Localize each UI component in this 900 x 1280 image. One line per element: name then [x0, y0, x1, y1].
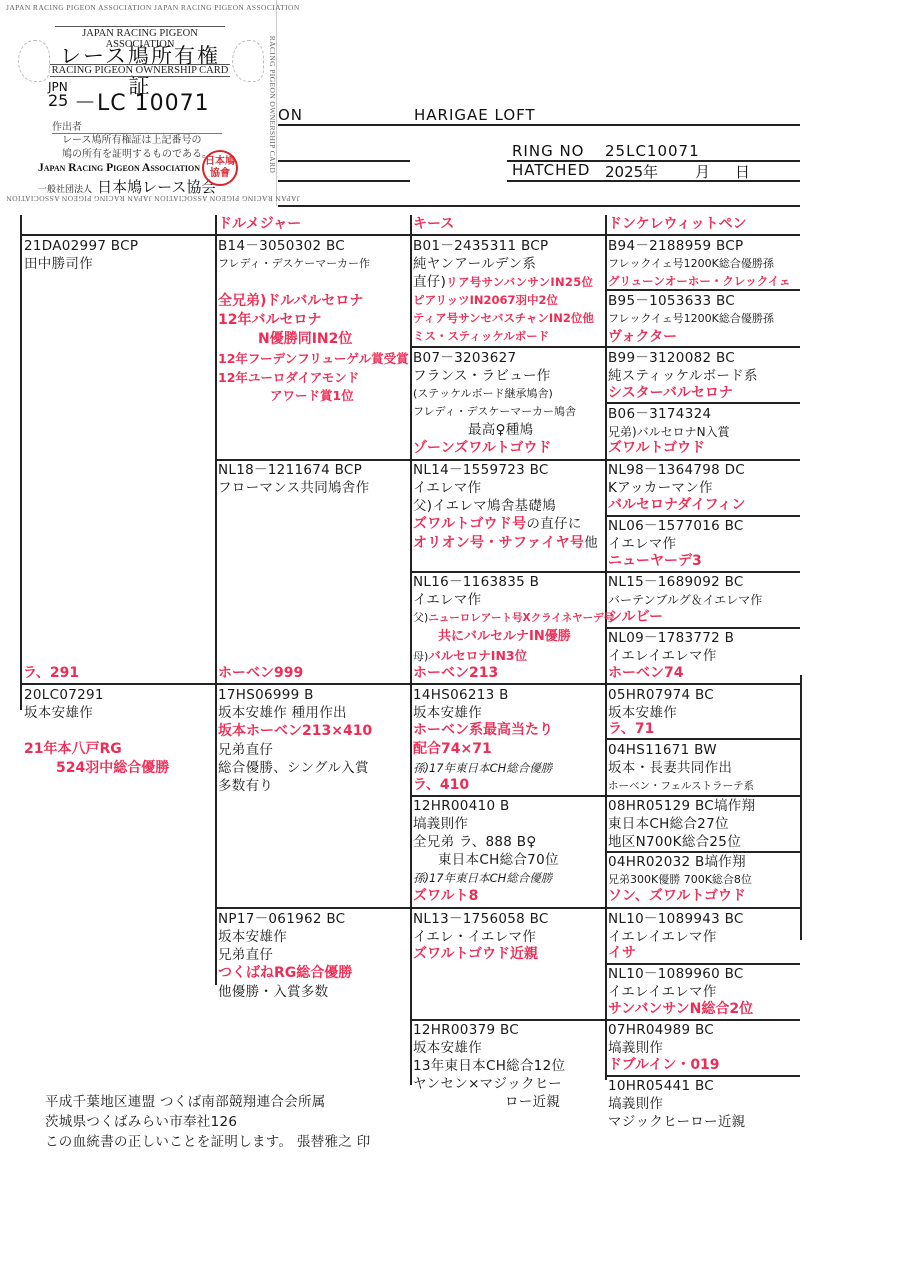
ownership-card: JAPAN RACING PIGEON ASSOCIATION JAPAN RA…: [0, 0, 277, 206]
ddds-ring: 07HR04989 BC: [608, 1021, 714, 1039]
dam-dam-red: つくばねRG総合優勝: [218, 964, 352, 983]
dds-ring: NL13－1756058 BC: [413, 910, 549, 928]
md-note-1-prefix: 父): [413, 611, 428, 624]
col-line-1: [20, 215, 22, 710]
mds-ring: NL15－1689092 BC: [608, 573, 744, 591]
dsdd-ring: 04HR02032 B塙作翔: [608, 853, 746, 871]
dss-red-1: ホーベン系最高当たり: [413, 721, 553, 740]
hatched-year: 2025年: [605, 161, 658, 182]
dam-sire-line3: 多数有り: [218, 777, 273, 795]
mdd-breeder: イエレイエレマ作: [608, 647, 717, 665]
ddsd-breeder: イエレイエレマ作: [608, 983, 717, 1001]
dddd-line: マジックヒーロー近親: [608, 1113, 745, 1131]
card-border-right: RACING PIGEON OWNERSHIP CARD: [268, 36, 277, 173]
seal-stamp-icon: 日本鳩協會: [202, 150, 238, 186]
dam-sire-breeder: 坂本安雄作 種用作出: [218, 704, 347, 722]
md-note-2: 共にバルセルナIN優勝: [438, 627, 571, 646]
sire-dam-line2: (ステッケルボード継承鳩舎): [413, 385, 553, 403]
dam-sire-ring: 17HS06999 B: [218, 686, 314, 704]
ms-breeder: イエレマ作: [413, 479, 481, 497]
md-note-1-red: ニューロレアート号Xクライネヤーデ号: [428, 612, 614, 624]
header-partial-label: ON: [278, 106, 303, 124]
sire-sire-note-2: ティア号サンセバスチャンIN2位他: [413, 309, 594, 328]
ms-note-2-red: オリオン号・サファイヤ号: [413, 535, 584, 551]
sire-sire-note-3: ミス・スティッケルボード: [413, 327, 549, 346]
dam-red-1: 21年本八戸RG: [24, 740, 122, 759]
ring-no-label: RING NO: [512, 142, 585, 160]
md-note-1: 父)ニューロレアート号Xクライネヤーデ号: [413, 609, 614, 628]
msd-red: ニューヤーデ3: [608, 552, 702, 571]
dam-dam-breeder: 坂本安雄作: [218, 928, 287, 946]
mds-red: シルビー: [608, 608, 663, 627]
ddds-breeder: 塙義則作: [608, 1039, 663, 1057]
ssd-red: ヴォクター: [608, 328, 677, 347]
card-ring-number: －LC 10071: [74, 86, 210, 117]
sire-dam-line1: フランス・ラビュー作: [413, 367, 551, 385]
top-left-breeder: 田中勝司作: [24, 255, 93, 273]
msd-breeder: イエレマ作: [608, 535, 676, 553]
card-note-line1: レース鳩所有権証は上記番号の: [62, 134, 212, 148]
sire-dam-name: ゾーンズワルトゴウド: [413, 439, 551, 458]
sire-sire-name: キース: [413, 215, 454, 234]
ddss-red: イサ: [608, 944, 636, 963]
sire-breeder: フレディ・デスケーマーカー作: [218, 255, 370, 273]
card-border-top: JAPAN RACING PIGEON ASSOCIATION JAPAN RA…: [6, 3, 300, 12]
md-name: ホーベン213: [413, 664, 498, 683]
ddds-red: ドブルイン・019: [608, 1056, 720, 1075]
header-rule-3a: [278, 180, 410, 182]
ssd-line: フレックイェ号1200K総合優勝孫: [608, 310, 774, 328]
sire-note-3: N優勝同IN2位: [258, 330, 352, 349]
dam-dam-line: 兄弟直仔: [218, 946, 273, 964]
sds-line: 純スティッケルボード系: [608, 367, 758, 385]
dssd-ring: 04HS11671 BW: [608, 741, 717, 759]
sds-red: シスターバルセロナ: [608, 384, 733, 403]
sss-name: ドンケレウィットペン: [608, 215, 747, 234]
col-line-2: [215, 215, 217, 985]
md-note-3: 母)バルセロナIN3位: [413, 646, 527, 666]
ms-note-1: ズワルトゴウド号の直仔に: [413, 515, 582, 534]
ssd-ring: B95－1053633 BC: [608, 292, 735, 310]
ms-note-1-red: ズワルトゴウド号: [413, 516, 526, 532]
dam-red-2: 524羽中総合優勝: [56, 759, 169, 778]
sire-note-5: 12年ユーロダイアモンド: [218, 368, 359, 387]
sss-red: グリューンオーホー・クレックイェ: [608, 272, 790, 291]
ddsd-ring: NL10－1089960 BC: [608, 965, 744, 983]
sire-sire-line1: 純ヤンアールデン系: [413, 255, 536, 273]
ddd-line3: ロー近親: [505, 1093, 560, 1111]
sds-ring: B99－3120082 BC: [608, 349, 735, 367]
card-year: 25: [48, 93, 68, 109]
header-rule-3b: [507, 180, 800, 182]
sire-note-2: 12年バルセロナ: [218, 311, 321, 330]
dds-red: ズワルトゴウド近親: [413, 945, 538, 964]
col-line-5: [800, 675, 802, 940]
hatched-month: 月: [695, 161, 710, 182]
footer-address: 茨城県つくばみらい市奉社126: [45, 1113, 237, 1131]
row-line-sd: [410, 346, 800, 348]
mdd-ring: NL09－1783772 B: [608, 629, 734, 647]
header-rule-1: [278, 124, 800, 126]
sdd-red: ズワルトゴウド: [608, 439, 705, 458]
mss-ring: NL98－1364798 DC: [608, 461, 745, 479]
header-rule-2a: [278, 160, 410, 162]
pigeon-illustration-left: [18, 40, 50, 82]
sire-name: ドルメジャー: [218, 215, 301, 234]
row-line-dam: [20, 683, 800, 685]
dsss-ring: 05HR07974 BC: [608, 686, 714, 704]
sire-sire-ring: B01－2435311 BCP: [413, 237, 548, 255]
col-line-4: [605, 215, 607, 1080]
dam-name: ラ、291: [23, 664, 79, 683]
dam-dam-ring: NP17－061962 BC: [218, 910, 345, 928]
ddd-line2: ヤンセン×マジックヒー: [413, 1075, 562, 1093]
mds-breeder: バーテンブルグ＆イエレマ作: [608, 591, 762, 609]
mid-left-name: ホーベン999: [218, 664, 303, 683]
top-left-ring: 21DA02997 BCP: [24, 237, 138, 255]
sire-ring: B14－3050302 BC: [218, 237, 345, 255]
msd-ring: NL06－1577016 BC: [608, 517, 744, 535]
dds-breeder: イエレ・イエレマ作: [413, 928, 536, 946]
card-association-prefix: 一般社団法人: [38, 185, 92, 195]
mid-left-ring: NL18－1211674 BCP: [218, 461, 362, 479]
mss-red: バルセロナダイフィン: [608, 496, 745, 515]
pigeon-illustration-right: [232, 40, 264, 82]
dss-breeder: 坂本安雄作: [413, 704, 482, 722]
card-maker-label: 作出者: [52, 118, 222, 134]
dam-dam-line2: 他優勝・入賞多数: [218, 983, 328, 1001]
md-note-3-prefix: 母): [413, 650, 428, 663]
dsd-ring: 12HR00410 B: [413, 797, 510, 815]
card-title-en: RACING PIGEON OWNERSHIP CARD: [50, 64, 230, 77]
sire-sire-line2-red: リア号サンバンサンIN25位: [446, 275, 593, 289]
dssd-breeder: 坂本・長妻共同作出: [608, 759, 732, 777]
ring-no-value: 25LC10071: [605, 142, 700, 160]
hatched-day: 日: [735, 161, 750, 182]
dam-ring: 20LC07291: [24, 686, 104, 704]
loft-name: HARIGAE LOFT: [414, 106, 536, 124]
sire-dam-line3: フレディ・デスケーマーカー鳩舎: [413, 403, 576, 421]
dss-red-2: 配合74×71: [413, 740, 492, 759]
dss-name: ラ、410: [413, 776, 469, 795]
dam-sire-line1: 兄弟直仔: [218, 741, 273, 759]
dsd-line1: 全兄弟 ラ、888 B♀: [413, 833, 537, 851]
md-breeder: イエレマ作: [413, 591, 481, 609]
dsd-name: ズワルト8: [413, 887, 478, 906]
dssd-line: ホーベン・フェルストラーテ系: [608, 777, 754, 795]
mss-breeder: Kアッカーマン作: [608, 479, 713, 497]
sire-note-1: 全兄弟)ドルバルセロナ: [218, 292, 363, 311]
sire-sire-line2-prefix: 直仔): [413, 274, 446, 290]
dam-sire-red: 坂本ホーベン213×410: [218, 722, 372, 741]
sire-sire-line2: 直仔)リア号サンバンサンIN25位: [413, 273, 593, 292]
sss-ring: B94－2188959 BCP: [608, 237, 743, 255]
dsds-line1: 東日本CH総合27位: [608, 815, 729, 833]
dsss-red: ラ、71: [608, 720, 654, 739]
ms-note-1-black: の直仔に: [526, 516, 581, 532]
sire-sire-note-1: ピアリッツIN2067羽中2位: [413, 291, 558, 310]
dsds-ring: 08HR05129 BC塙作翔: [608, 797, 755, 815]
card-association-en2: Japan Racing Pigeon Association: [38, 162, 200, 174]
card-country-year: JPN 25: [48, 82, 68, 109]
row-line-top: [20, 234, 800, 236]
hatched-label: HATCHED: [512, 161, 590, 179]
mdd-red: ホーベン74: [608, 664, 683, 683]
dddd-ring: 10HR05441 BC: [608, 1077, 714, 1095]
footer-affiliation: 平成千葉地区連盟 つくば南部競翔連合会所属: [45, 1093, 326, 1111]
dam-sire-line2: 総合優勝、シングル入賞: [218, 759, 369, 777]
dsd-breeder: 塙義則作: [413, 815, 468, 833]
md-note-3-red: バルセロナIN3位: [428, 648, 527, 663]
sdd-ring: B06－3174324: [608, 405, 711, 423]
sire-dam-line4: 最高♀種鳩: [468, 421, 533, 439]
ms-note-2-black: 他: [584, 535, 598, 551]
sss-line: フレックイェ号1200K総合優勝孫: [608, 255, 774, 273]
card-association-jp: 一般社団法人 日本鳩レース協会: [38, 176, 216, 197]
dsd-line2: 東日本CH総合70位: [438, 851, 559, 869]
ddd-ring: 12HR00379 BC: [413, 1021, 519, 1039]
dsdd-red: ソン、ズワルトゴウド: [608, 887, 746, 906]
dss-handwritten-note: 孫)17年東日本CH総合優勝: [413, 759, 552, 777]
sire-note-6: アワード賞1位: [270, 386, 354, 405]
card-note-line2: 鳩の所有を証明するものである。: [62, 148, 212, 162]
card-association-name: 日本鳩レース協会: [97, 178, 216, 196]
dss-ring: 14HS06213 B: [413, 686, 509, 704]
sire-note-4: 12年フーデンフリューゲル賞受賞: [218, 349, 409, 368]
sire-dam-ring: B07－3203627: [413, 349, 516, 367]
dsds-line2: 地区N700K総合25位: [608, 833, 741, 851]
ddd-breeder: 坂本安雄作: [413, 1039, 482, 1057]
ddd-line1: 13年東日本CH総合12位: [413, 1057, 565, 1075]
footer-certification: この血統書の正しいことを証明します。 張替雅之 印: [45, 1133, 371, 1151]
mid-left-breeder: フローマンス共同鳩舎作: [218, 479, 369, 497]
dam-breeder: 坂本安雄作: [24, 704, 93, 722]
dddd-breeder: 塙義則作: [608, 1095, 663, 1113]
row-line-dam-dam: [215, 907, 800, 909]
ms-line: 父)イエレマ鳩舎基礎鳩: [413, 497, 556, 515]
header-rule-4: [278, 205, 800, 207]
ms-ring: NL14－1559723 BC: [413, 461, 549, 479]
card-note: レース鳩所有権証は上記番号の 鳩の所有を証明するものである。: [62, 134, 212, 162]
md-ring: NL16－1163835 B: [413, 573, 539, 591]
ms-note-2: オリオン号・サファイヤ号他: [413, 534, 598, 553]
ddss-ring: NL10－1089943 BC: [608, 910, 744, 928]
ddsd-red: サンバンサンN総合2位: [608, 1000, 753, 1019]
dsd-handwritten-note: 孫)17年東日本CH総合優勝: [413, 869, 552, 887]
